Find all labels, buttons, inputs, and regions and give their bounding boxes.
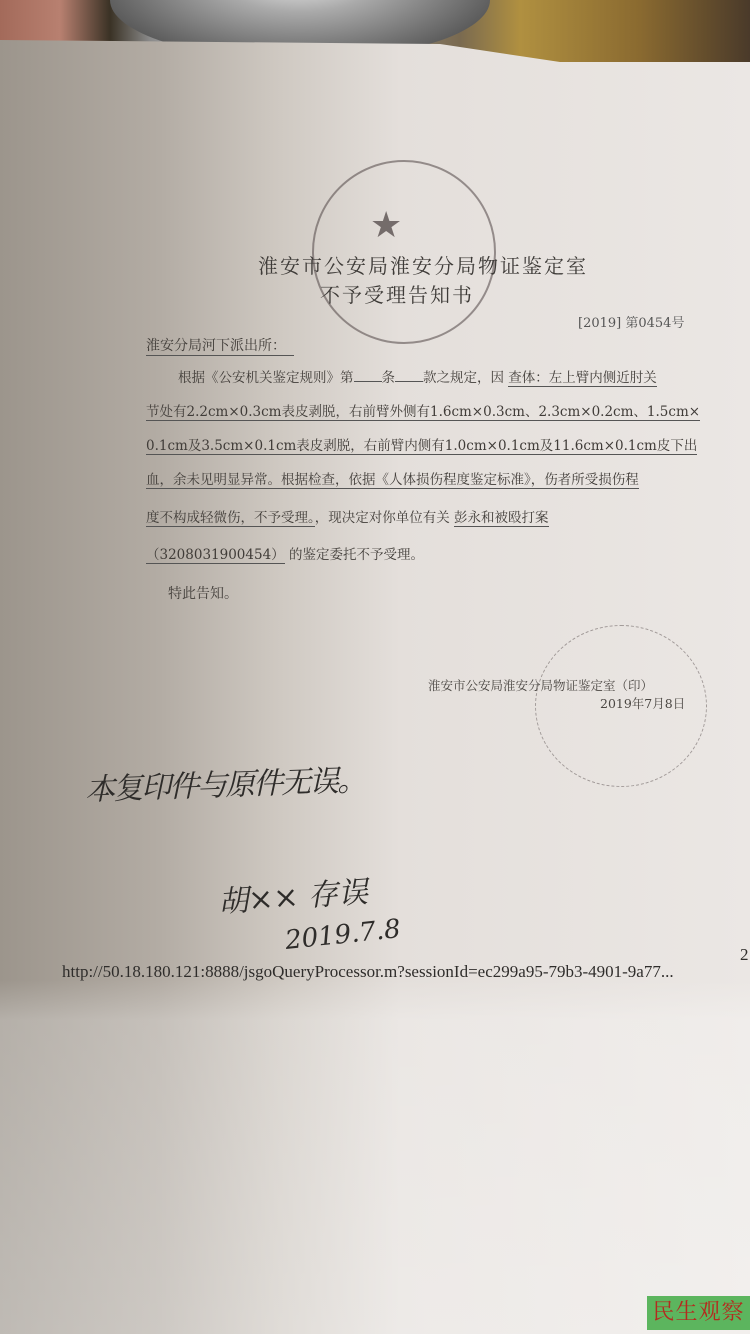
body-line-2: 节处有2.2cm×0.3cm表皮剥脱，右前臂外侧有1.6cm×0.3cm、2.3… <box>146 400 700 421</box>
body-text: ，现决定对你单位有关 <box>315 510 450 526</box>
watermark-logo: 民生观察 <box>647 1296 750 1330</box>
print-footer-url: http://50.18.180.121:8888/jsgoQueryProce… <box>62 962 674 982</box>
body-line-4: 血，余未见明显异常。根据检查，依据《人体损伤程度鉴定标准》，伤者所受损伤程 <box>146 468 639 489</box>
seal-star-icon: ★ <box>370 205 402 246</box>
body-line-1: 根据《公安机关鉴定规则》第条款之规定，因 查体：左上臂内侧近肘关 <box>178 366 657 386</box>
body-text: 的鉴定委托不予受理。 <box>289 547 424 563</box>
body-line-6: （3208031900454） 的鉴定委托不予受理。 <box>146 543 424 563</box>
body-line-3: 0.1cm及3.5cm×0.1cm表皮剥脱，右前臂内侧有1.0cm×0.1cm及… <box>146 434 697 455</box>
case-name: 彭永和被殴打案 <box>454 510 549 527</box>
reason-text: 查体：左上臂内侧近肘关 <box>508 370 657 387</box>
body-line-5: 度不构成轻微伤，不予受理。，现决定对你单位有关 彭永和被殴打案 <box>146 506 549 526</box>
body-text: 条 <box>382 370 396 386</box>
reason-text: 度不构成轻微伤，不予受理。 <box>146 510 315 527</box>
document-title: 不予受理告知书 <box>320 279 474 308</box>
blank-article <box>354 381 382 382</box>
blank-clause <box>395 381 423 382</box>
paper-lighting <box>0 980 750 1334</box>
issuer-signature-line: 淮安市公安局淮安分局物证鉴定室（印） <box>428 676 653 694</box>
document-number: [2019] 第0454号 <box>578 312 684 331</box>
case-number: （3208031900454） <box>146 547 285 564</box>
issue-date: 2019年7月8日 <box>600 694 685 712</box>
closing-text: 特此告知。 <box>168 583 238 603</box>
document-issuer-title: 淮安市公安局淮安分局物证鉴定室 <box>258 250 588 279</box>
body-text: 根据《公安机关鉴定规则》第 <box>178 370 354 386</box>
recipient: 淮安分局河下派出所： <box>146 335 294 356</box>
body-text: 款之规定，因 <box>423 370 504 386</box>
print-page-number: 2 <box>740 945 749 965</box>
